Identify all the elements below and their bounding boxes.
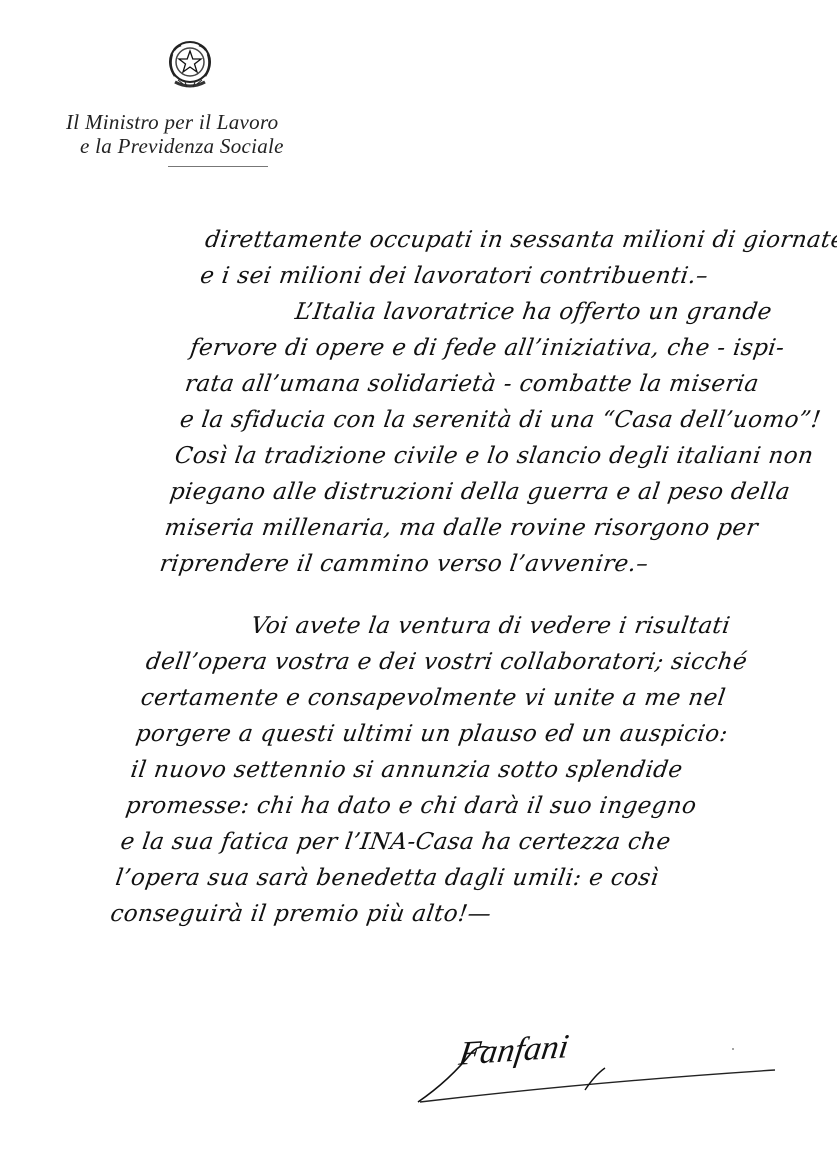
ministry-title: Il Ministro per il Lavoro e la Previdenz… — [60, 110, 330, 158]
signature: Fanfani — [410, 1030, 790, 1110]
paragraph-1: direttamente occupati in sessanta milion… — [198, 222, 837, 294]
paragraph-gap — [154, 582, 788, 608]
ink-dot — [732, 1048, 734, 1050]
text-line: rata all’umana solidarietà - combatte la… — [183, 366, 818, 402]
text-line: miseria millenaria, ma dalle rovine riso… — [162, 510, 797, 546]
letterhead: Il Ministro per il Lavoro e la Previdenz… — [60, 38, 320, 178]
text-line: promesse: chi ha dato e chi darà il suo … — [123, 788, 758, 824]
letter-body: direttamente occupati in sessanta milion… — [108, 222, 837, 932]
text-line: e i sei milioni dei lavoratori contribue… — [198, 258, 833, 294]
ministry-title-line2: e la Previdenza Sociale — [60, 134, 330, 158]
paragraph-2: L’Italia lavoratrice ha offerto un grand… — [157, 294, 827, 582]
ministry-title-line1: Il Ministro per il Lavoro — [60, 110, 330, 134]
text-line: l’opera sua sarà benedetta dagli umili: … — [113, 860, 748, 896]
text-line: conseguirà il premio più alto!— — [108, 896, 743, 932]
text-line: certamente e consapevolmente vi unite a … — [138, 680, 773, 716]
letterhead-divider — [168, 166, 268, 167]
text-line: L’Italia lavoratrice ha offerto un grand… — [193, 294, 828, 330]
text-line: fervore di opere e di fede all’iniziativ… — [188, 330, 823, 366]
text-line: Così la tradizione civile e lo slancio d… — [172, 438, 807, 474]
paragraph-3: Voi avete la ventura di vedere i risulta… — [108, 608, 784, 932]
italian-republic-emblem-icon — [163, 38, 217, 92]
text-line: il nuovo settennio si annunzia sotto spl… — [128, 752, 763, 788]
text-line: direttamente occupati in sessanta milion… — [203, 222, 837, 258]
text-line: piegano alle distruzioni della guerra e … — [167, 474, 802, 510]
text-line: riprendere il cammino verso l’avvenire.– — [157, 546, 792, 582]
text-line: e la sua fatica per l’INA-Casa ha certez… — [118, 824, 753, 860]
text-line: porgere a questi ultimi un plauso ed un … — [133, 716, 768, 752]
text-line: Voi avete la ventura di vedere i risulta… — [149, 608, 784, 644]
text-line: dell’opera vostra e dei vostri collabora… — [144, 644, 779, 680]
text-line: e la sfiducia con la serenità di una “Ca… — [178, 402, 813, 438]
signature-flourish-icon — [410, 1030, 790, 1110]
